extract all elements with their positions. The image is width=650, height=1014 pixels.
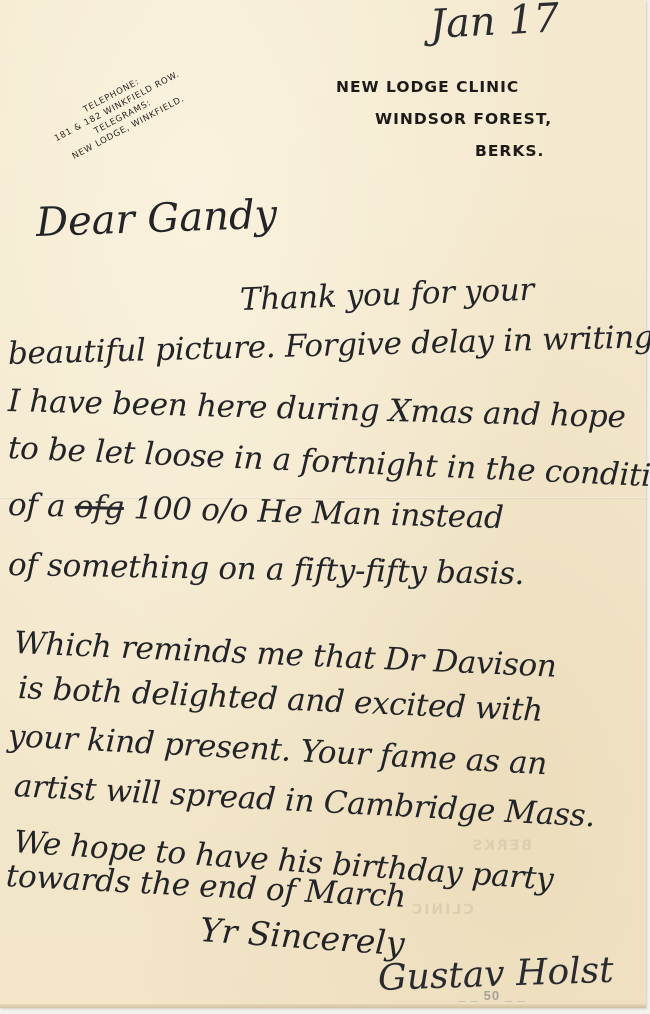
letter-sheet: BERKS CLINIC TELEPHONE: 181 & 182 WINKFI… [0,0,646,1008]
paper-bottom-edge [0,1004,646,1008]
letter-body-fragment: of a [8,487,66,524]
letterhead-locality: WINDSOR FOREST, [375,110,552,128]
letter-body-line: to be let loose in a fortnight in the co… [7,430,650,496]
struck-out-word: ofg [74,489,124,526]
letter-body-line: Thank you for your [239,272,534,318]
letter-salutation: Dear Gandy [35,192,278,246]
letter-closing: Yr Sincerely [199,910,406,963]
letterhead-county: BERKS. [475,142,544,160]
archive-stamp: _ _ 50 _ _ [458,988,526,1003]
letter-date: Jan 17 [429,0,560,48]
letter-body-line: I have been here during Xmas and hope [8,383,626,435]
letter-body-line: of something on a fifty-fifty basis. [8,547,525,592]
letter-body-line: of a ofg 100 o/o He Man instead [8,487,505,536]
show-through-text: BERKS [470,838,532,854]
letterhead-clinic-name: NEW LODGE CLINIC [336,78,519,96]
letter-body-line: beautiful picture. Forgive delay in writ… [8,319,650,372]
show-through-text: CLINIC [410,902,474,918]
